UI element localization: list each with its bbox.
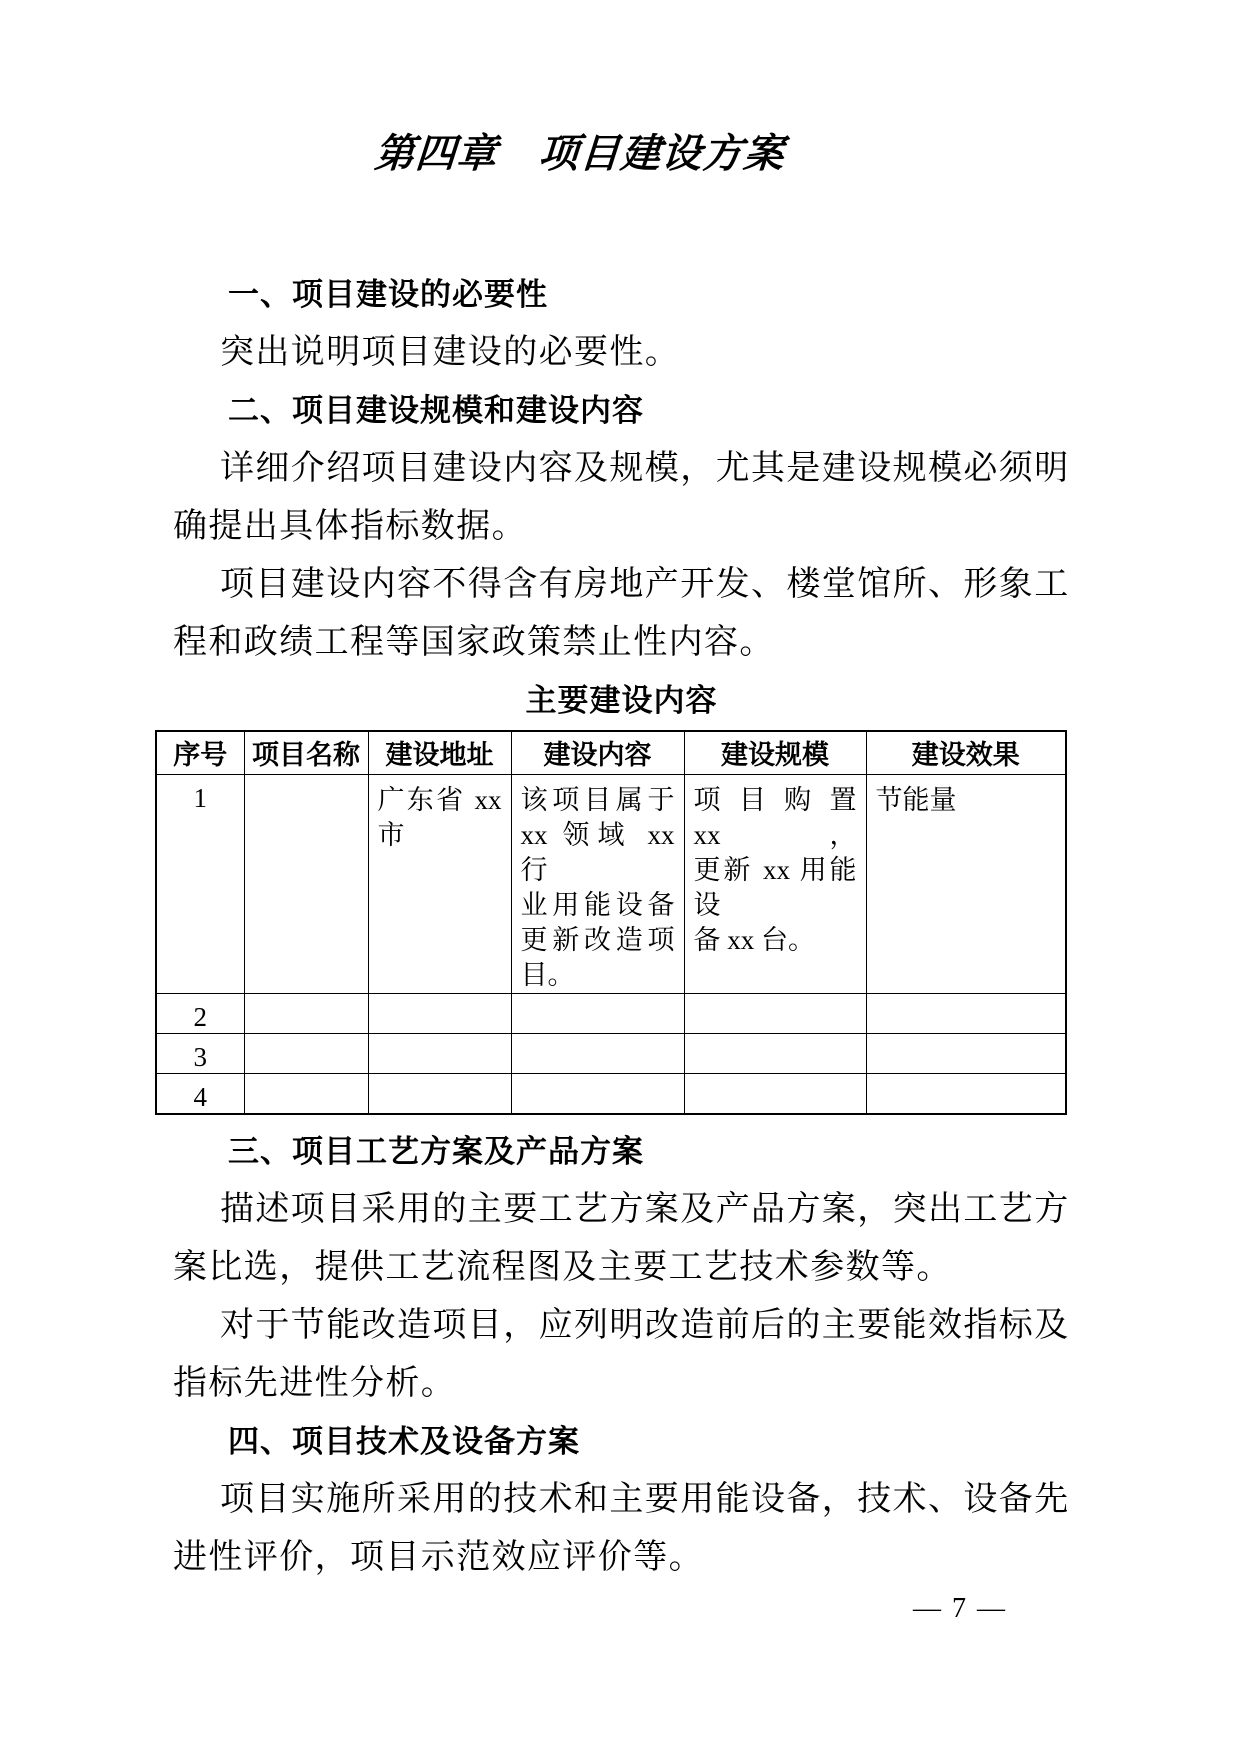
table-title: 主要建设内容 — [173, 672, 1070, 730]
main-construction-table: 序号 项目名称 建设地址 建设内容 建设规模 建设效果 1 广东省 xx 市 — [155, 730, 1067, 1115]
page-content: 第四章 项目建设方案 一、项目建设的必要性 突出说明项目建设的必要性。 二、项目… — [173, 0, 1070, 1587]
cell-effect — [866, 1073, 1066, 1114]
cell-address — [368, 1033, 511, 1073]
cell-address — [368, 993, 511, 1033]
table-header-row: 序号 项目名称 建设地址 建设内容 建设规模 建设效果 — [156, 731, 1066, 774]
cell-line: 市 — [378, 818, 502, 853]
cell-line: 广东省 xx — [378, 783, 502, 818]
paragraph-line: 确提出具体指标数据。 — [173, 498, 1070, 556]
cell-serial: 3 — [156, 1033, 244, 1073]
col-header-address: 建设地址 — [368, 731, 511, 774]
paragraph-line: 进性评价，项目示范效应评价等。 — [173, 1529, 1070, 1587]
table-row: 4 — [156, 1073, 1066, 1114]
paragraph-line: 程和政绩工程等国家政策禁止性内容。 — [173, 614, 1070, 672]
cell-address: 广东省 xx 市 — [368, 774, 511, 993]
cell-line: 更新改造项 — [521, 923, 675, 958]
paragraph-line: 指标先进性分析。 — [173, 1355, 1070, 1413]
col-header-project-name: 项目名称 — [244, 731, 368, 774]
cell-line: 更新 xx 用能设 — [694, 853, 857, 923]
cell-scale: 项目购置 xx， 更新 xx 用能设 备 xx 台。 — [684, 774, 866, 993]
section-heading-1: 一、项目建设的必要性 — [173, 266, 1070, 324]
paragraph-line: 案比选，提供工艺流程图及主要工艺技术参数等。 — [173, 1239, 1070, 1297]
cell-scale — [684, 1073, 866, 1114]
paragraph-line: 描述项目采用的主要工艺方案及产品方案，突出工艺方 — [173, 1181, 1070, 1239]
cell-scale — [684, 1033, 866, 1073]
cell-content — [511, 993, 684, 1033]
chapter-title: 第四章 项目建设方案 — [129, 120, 1031, 188]
cell-content — [511, 1033, 684, 1073]
cell-line: 节能量 — [876, 783, 1057, 818]
page-number: — 7 — — [880, 1592, 1040, 1626]
cell-effect: 节能量 — [866, 774, 1066, 993]
cell-line: 项目购置 xx， — [694, 783, 857, 853]
cell-content: 该项目属于 xx 领域 xx 行 业用能设备 更新改造项 目。 — [511, 774, 684, 993]
paragraph-line: 项目实施所采用的技术和主要用能设备，技术、设备先 — [173, 1471, 1070, 1529]
table-row: 2 — [156, 993, 1066, 1033]
section-heading-2: 二、项目建设规模和建设内容 — [173, 382, 1070, 440]
col-header-scale: 建设规模 — [684, 731, 866, 774]
col-header-effect: 建设效果 — [866, 731, 1066, 774]
table-row: 3 — [156, 1033, 1066, 1073]
table-row: 1 广东省 xx 市 该项目属于 xx 领域 xx 行 业用能设备 更新改造项 … — [156, 774, 1066, 993]
cell-line: 业用能设备 — [521, 888, 675, 923]
cell-line: 目。 — [521, 958, 675, 993]
cell-project-name — [244, 1073, 368, 1114]
paragraph-line: 项目建设内容不得含有房地产开发、楼堂馆所、形象工 — [173, 556, 1070, 614]
cell-line: xx 领域 xx 行 — [521, 818, 675, 888]
cell-line: 该项目属于 — [521, 783, 675, 818]
cell-project-name — [244, 1033, 368, 1073]
cell-line: 备 xx 台。 — [694, 923, 857, 958]
cell-project-name — [244, 993, 368, 1033]
cell-content — [511, 1073, 684, 1114]
paragraph-line: 详细介绍项目建设内容及规模，尤其是建设规模必须明 — [173, 440, 1070, 498]
cell-serial: 4 — [156, 1073, 244, 1114]
cell-effect — [866, 993, 1066, 1033]
section-heading-3: 三、项目工艺方案及产品方案 — [173, 1123, 1070, 1181]
paragraph-line: 突出说明项目建设的必要性。 — [173, 324, 1070, 382]
col-header-serial: 序号 — [156, 731, 244, 774]
cell-project-name — [244, 774, 368, 993]
col-header-content: 建设内容 — [511, 731, 684, 774]
cell-effect — [866, 1033, 1066, 1073]
paragraph-line: 对于节能改造项目，应列明改造前后的主要能效指标及 — [173, 1297, 1070, 1355]
cell-address — [368, 1073, 511, 1114]
section-heading-4: 四、项目技术及设备方案 — [173, 1413, 1070, 1471]
cell-serial: 1 — [156, 774, 244, 993]
document-page: 第四章 项目建设方案 一、项目建设的必要性 突出说明项目建设的必要性。 二、项目… — [0, 0, 1240, 1753]
cell-scale — [684, 993, 866, 1033]
cell-serial: 2 — [156, 993, 244, 1033]
